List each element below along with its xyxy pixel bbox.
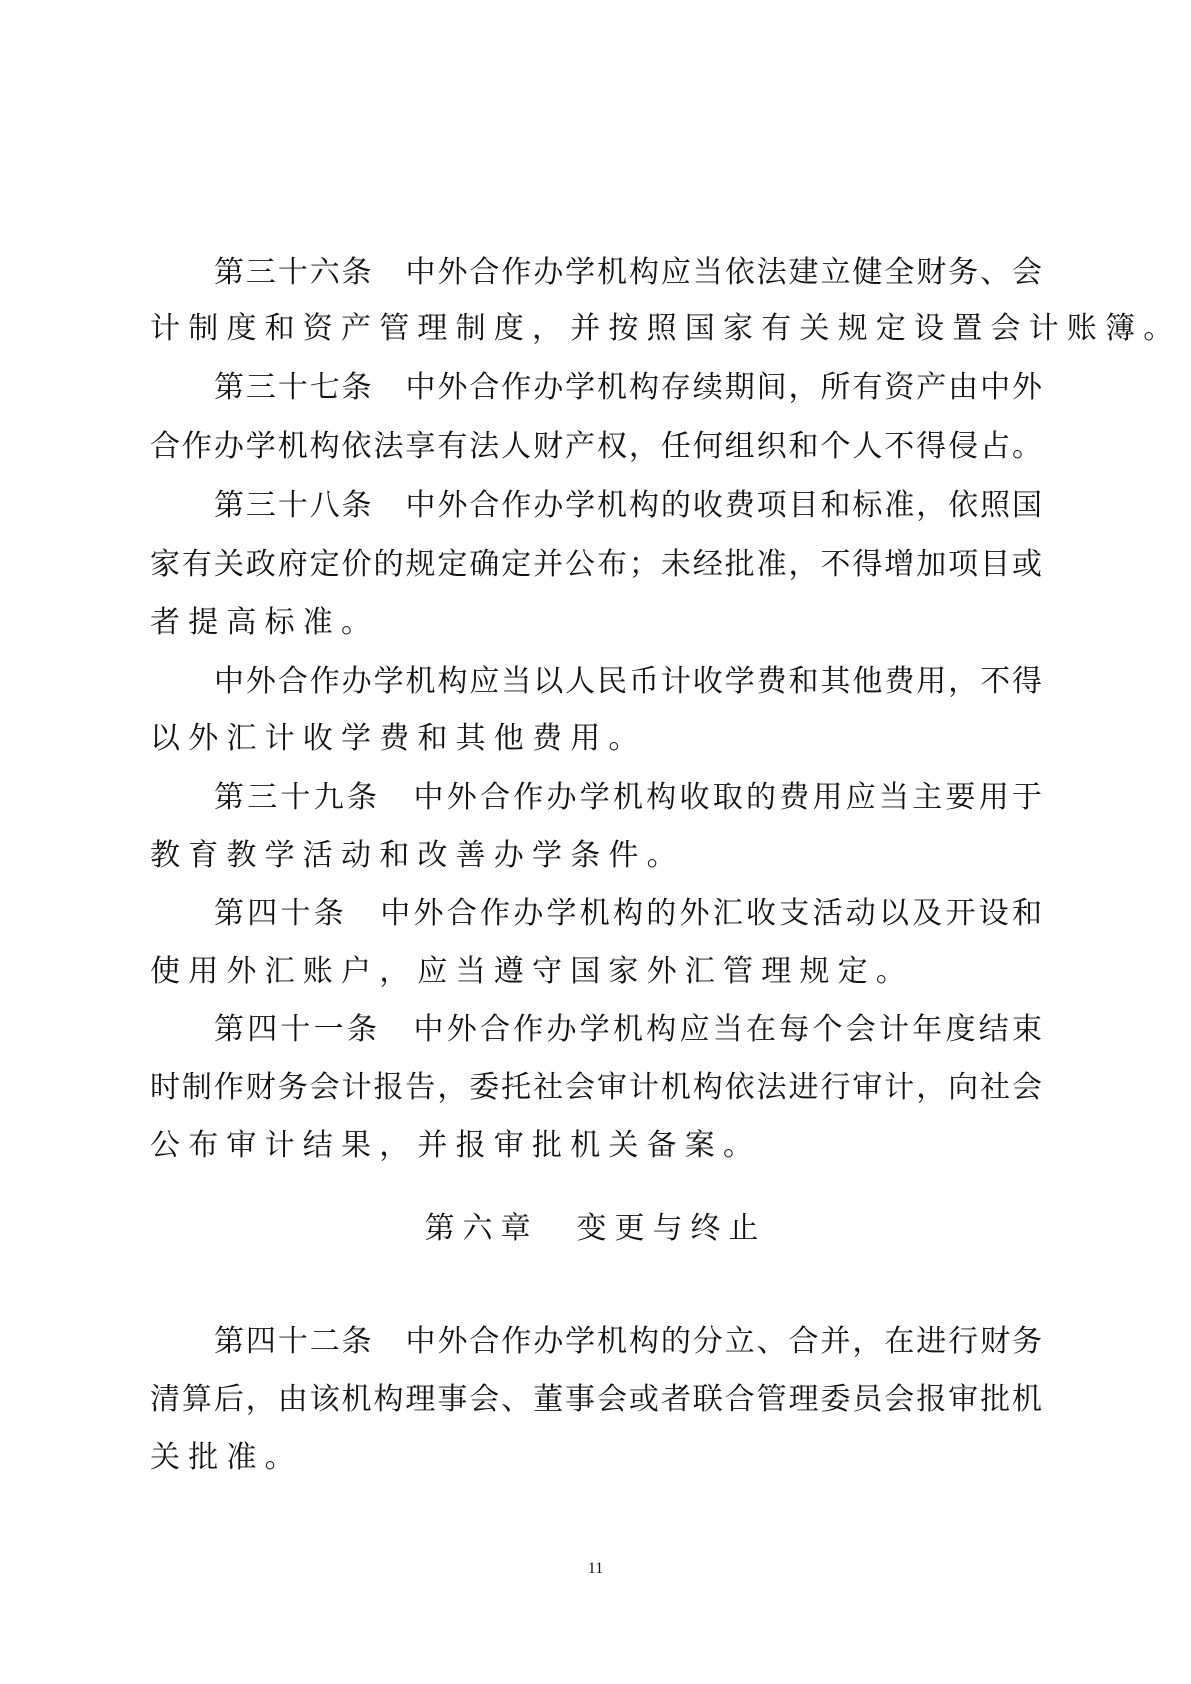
article-37-line-1: 第三十七条 中外合作办学机构存续期间，所有资产由中外 bbox=[214, 370, 1042, 406]
article-41-line-3: 公布审计结果，并报审批机关备案。 bbox=[150, 1128, 1042, 1164]
page-number: 11 bbox=[0, 1560, 1191, 1578]
article-36-line-1: 第三十六条 中外合作办学机构应当依法建立健全财务、会 bbox=[214, 255, 1042, 291]
article-41-line-2: 时制作财务会计报告，委托社会审计机构依法进行审计，向社会 bbox=[150, 1070, 1042, 1106]
article-38-line-3: 者提高标准。 bbox=[150, 605, 1042, 641]
article-40-line-2: 使用外汇账户，应当遵守国家外汇管理规定。 bbox=[150, 954, 1042, 990]
article-42-line-3: 关批准。 bbox=[150, 1440, 1042, 1476]
article-40-line-1: 第四十条 中外合作办学机构的外汇收支活动以及开设和 bbox=[214, 896, 1042, 932]
article-38-line-1: 第三十八条 中外合作办学机构的收费项目和标准，依照国 bbox=[214, 488, 1042, 524]
article-39-line-1: 第三十九条 中外合作办学机构收取的费用应当主要用于 bbox=[214, 780, 1042, 816]
article-41-line-1: 第四十一条 中外合作办学机构应当在每个会计年度结束 bbox=[214, 1012, 1042, 1048]
article-38-p2-line-2: 以外汇计收学费和其他费用。 bbox=[150, 721, 1042, 757]
article-38-p2-line-1: 中外合作办学机构应当以人民币计收学费和其他费用，不得 bbox=[214, 664, 1042, 700]
article-38-line-2: 家有关政府定价的规定确定并公布；未经批准，不得增加项目或 bbox=[150, 547, 1042, 583]
article-39-line-2: 教育教学活动和改善办学条件。 bbox=[150, 838, 1042, 874]
article-42-line-2: 清算后，由该机构理事会、董事会或者联合管理委员会报审批机 bbox=[150, 1382, 1042, 1418]
article-37-line-2: 合作办学机构依法享有法人财产权，任何组织和个人不得侵占。 bbox=[150, 429, 1042, 465]
article-36-line-2: 计制度和资产管理制度，并按照国家有关规定设置会计账簿。 bbox=[150, 311, 1042, 347]
chapter-heading: 第六章 变更与终止 bbox=[0, 1211, 1191, 1247]
article-42-line-1: 第四十二条 中外合作办学机构的分立、合并，在进行财务 bbox=[214, 1324, 1042, 1360]
